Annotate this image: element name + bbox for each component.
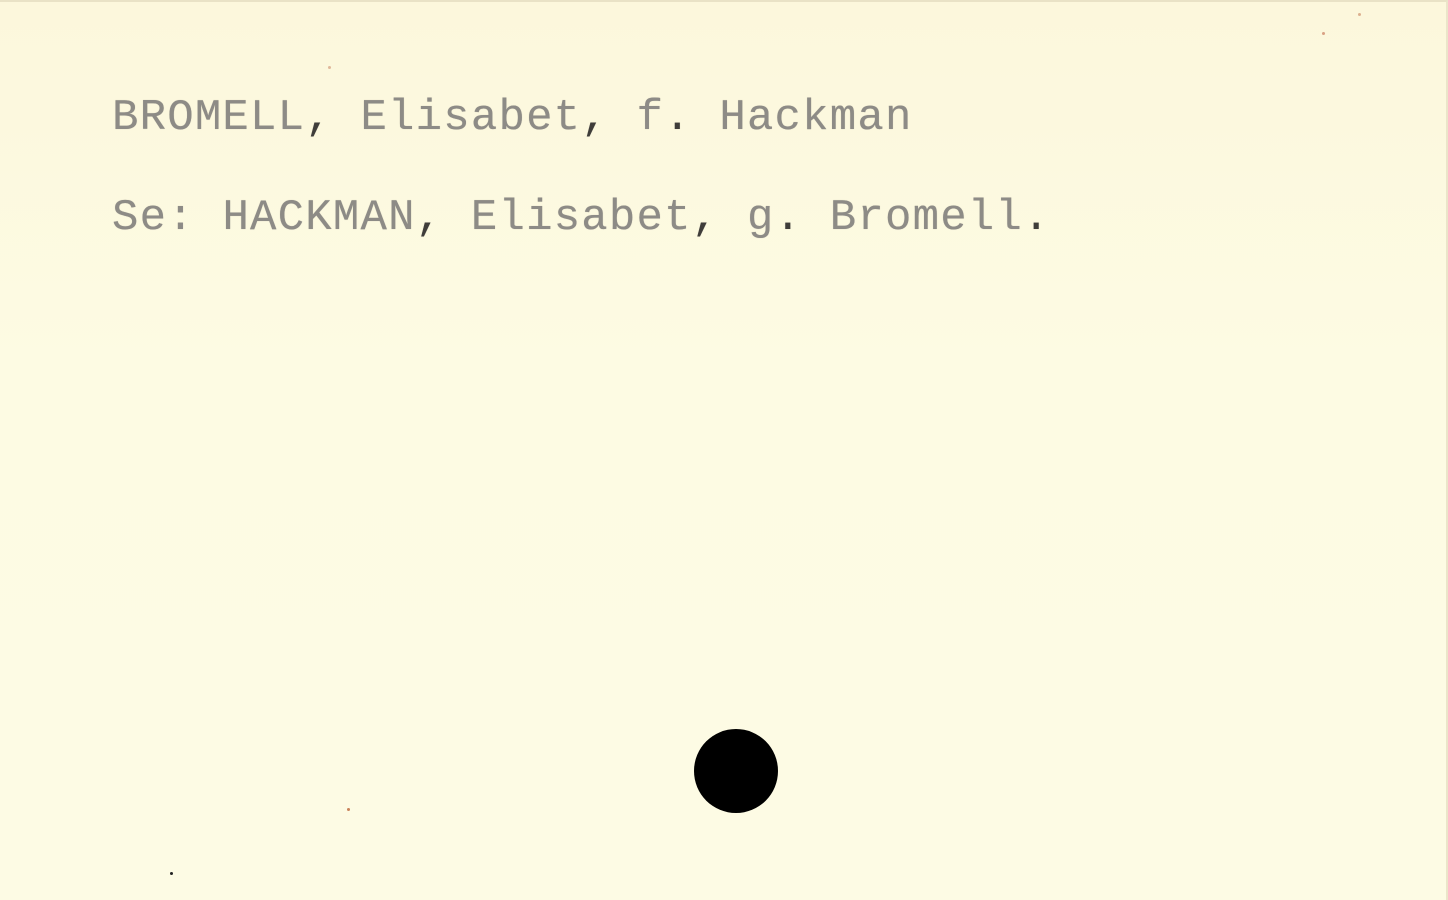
paper-speck <box>1322 32 1325 35</box>
heading-born-abbrev: f <box>637 93 665 143</box>
reference-married-name: Bromell <box>830 193 1023 243</box>
reference-given-name: Elisabet <box>471 193 692 243</box>
catalog-card: BROMELL, Elisabet, f. Hackman Se: HACKMA… <box>0 0 1448 900</box>
punch-hole <box>694 729 778 813</box>
reference-surname: HACKMAN <box>222 193 415 243</box>
heading-surname: BROMELL <box>112 93 305 143</box>
see-label: Se <box>112 193 167 243</box>
see-colon: : <box>167 193 222 243</box>
paper-speck <box>347 808 350 811</box>
heading-comma-2: , <box>581 93 636 143</box>
reference-comma: , <box>416 193 471 243</box>
card-see-reference: Se: HACKMAN, Elisabet, g. Bromell. <box>112 196 1051 240</box>
heading-maiden-name: Hackman <box>719 93 912 143</box>
paper-speck <box>328 66 331 69</box>
heading-period: . <box>664 93 719 143</box>
reference-comma-2: , <box>692 193 747 243</box>
heading-comma: , <box>305 93 360 143</box>
reference-married-abbrev: g <box>747 193 775 243</box>
heading-given-name: Elisabet <box>360 93 581 143</box>
paper-speck <box>170 872 173 875</box>
paper-speck <box>1358 13 1361 16</box>
reference-end-period: . <box>1023 193 1051 243</box>
card-heading: BROMELL, Elisabet, f. Hackman <box>112 96 913 140</box>
reference-period: . <box>775 193 830 243</box>
